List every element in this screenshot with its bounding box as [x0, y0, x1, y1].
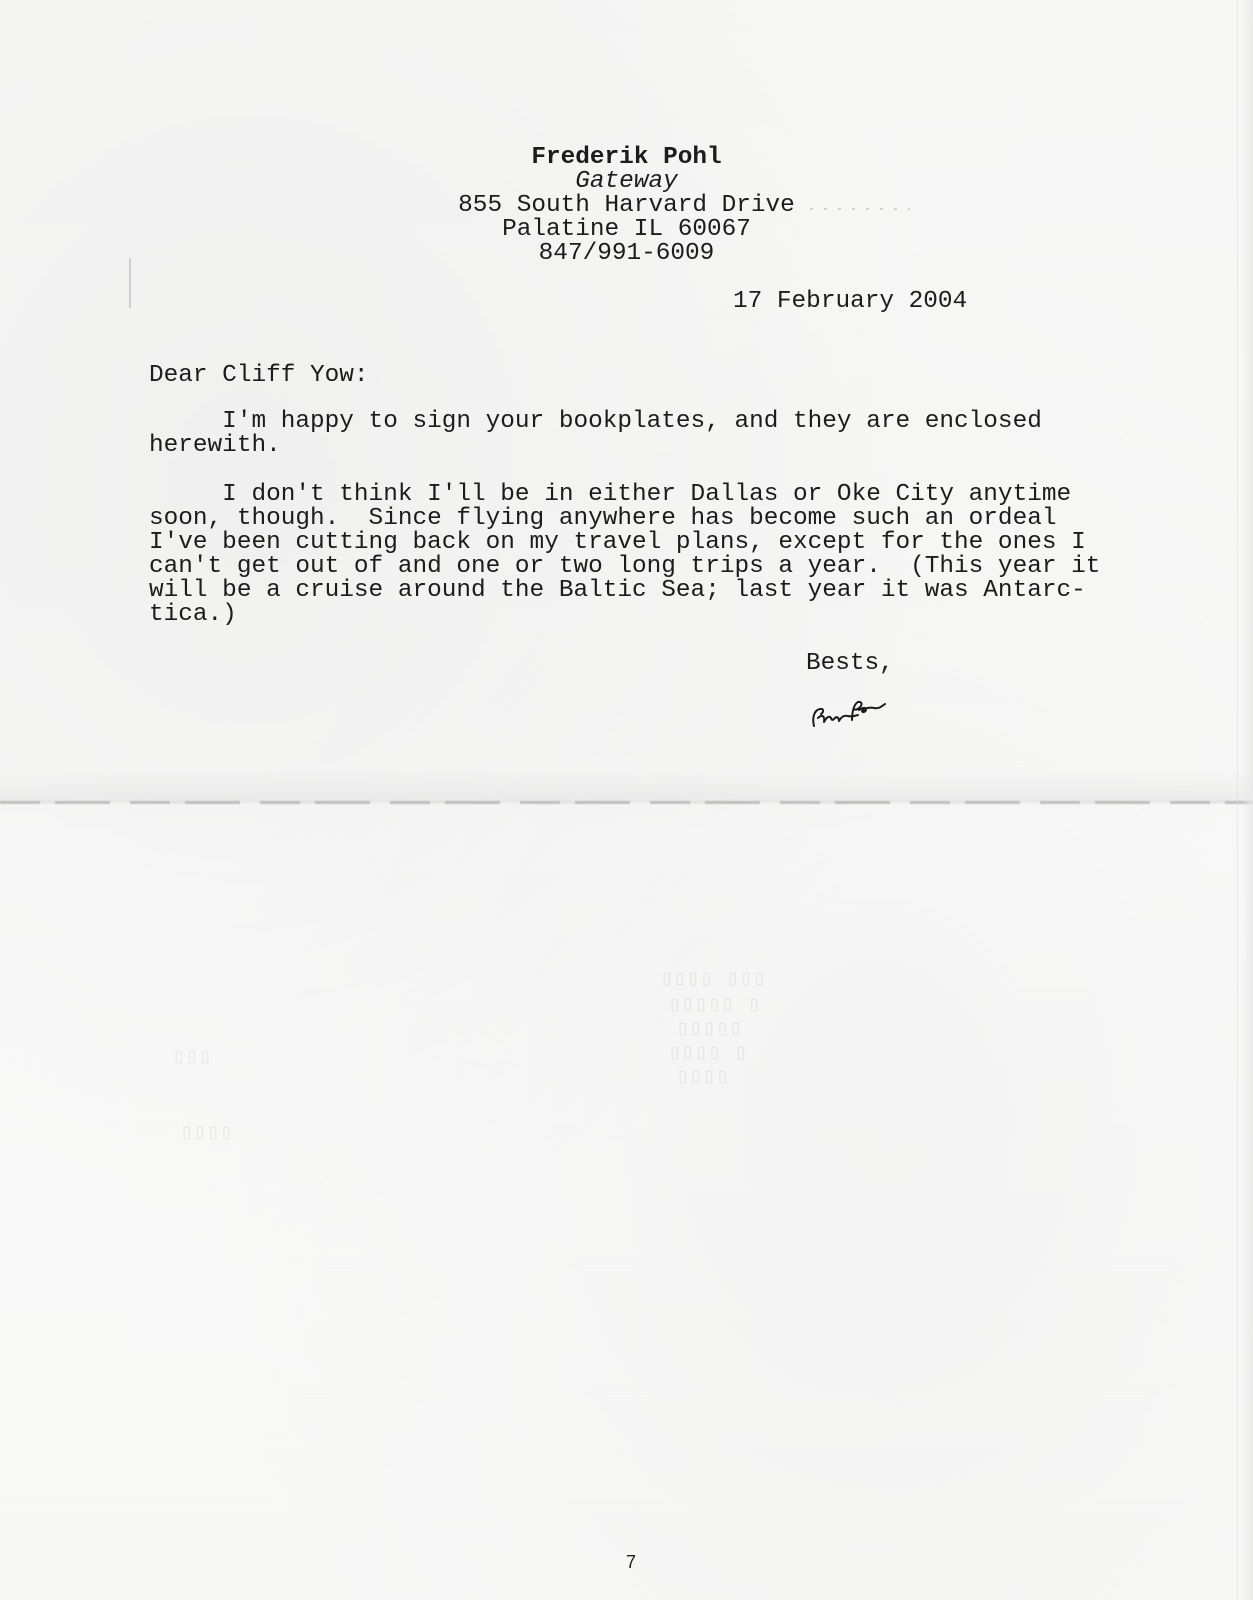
closing: Bests, [806, 652, 894, 676]
paragraph-line: I don't think I'll be in either Dallas o… [149, 483, 1071, 507]
page-number: 7 [626, 1552, 636, 1572]
sender-subtitle: Gateway [0, 170, 1253, 194]
paragraph-line: tica.) [149, 603, 237, 627]
paragraph-line: will be a cruise around the Baltic Sea; … [149, 579, 1086, 603]
letter-date: 17 February 2004 [733, 290, 967, 314]
handwritten-signature [808, 696, 898, 736]
paragraph-line: soon, though. Since flying anywhere has … [149, 507, 1056, 531]
salutation: Dear Cliff Yow: [149, 364, 369, 388]
sender-phone: 847/991-6009 [0, 242, 1253, 266]
sender-address-line1: 855 South Harvard Drive [0, 194, 1253, 218]
sender-address-line2: Palatine IL 60067 [0, 218, 1253, 242]
paragraph-line: herewith. [149, 434, 281, 458]
paragraph-line: I'm happy to sign your bookplates, and t… [149, 410, 1042, 434]
paper-fold-crease [0, 801, 1253, 804]
paragraph-line: can't get out of and one or two long tri… [149, 555, 1100, 579]
sender-name: Frederik Pohl [0, 146, 1253, 170]
fold-shadow [0, 770, 1253, 802]
paragraph-line: I've been cutting back on my travel plan… [149, 531, 1086, 555]
